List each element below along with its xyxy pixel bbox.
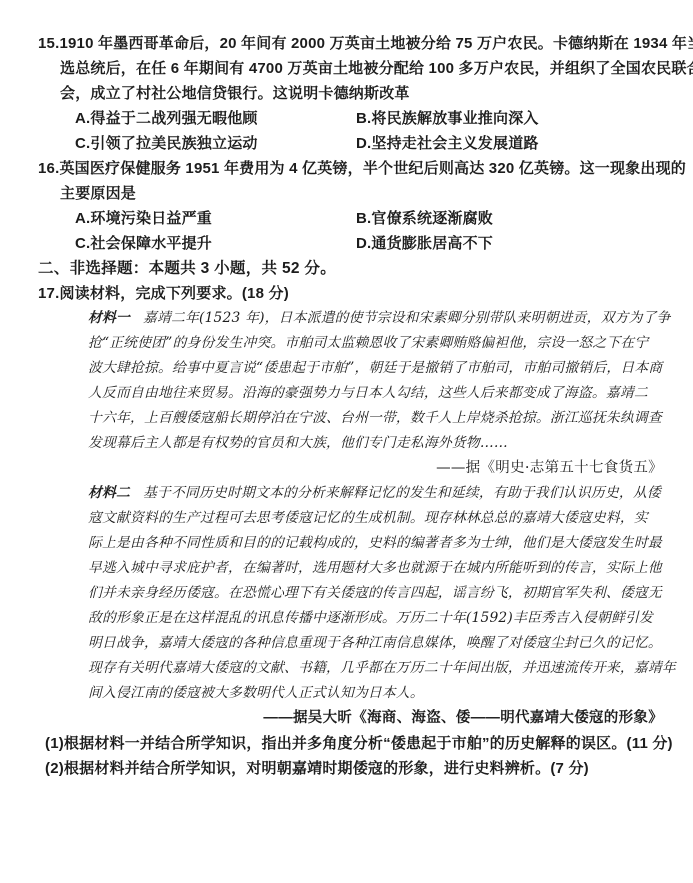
- material1-line-1: 材料一嘉靖二年(1523 年)，日本派遣的使节宗设和宋素卿分别带队来明朝进贡，双…: [88, 306, 663, 331]
- material2-line-1: 材料二基于不同历史时期文本的分析来解释记忆的发生和延续，有助于我们认识历史，从倭: [88, 481, 663, 506]
- material2-source: ——据吴大昕《海商、海盗、倭——明代嘉靖大倭寇的形象》: [38, 706, 663, 731]
- q15-stem-line-1: 15.1910 年墨西哥革命后，20 年间有 2000 万英亩土地被分给 75 …: [38, 31, 663, 56]
- q15-option-b: B.将民族解放事业推向深入: [356, 110, 539, 127]
- exam-page: 15.1910 年墨西哥革命后，20 年间有 2000 万英亩土地被分给 75 …: [0, 0, 693, 883]
- material1-line-6: 发现幕后主人都是有权势的官员和大族，他们专门走私海外货物……: [88, 431, 663, 456]
- material2-line-6: 敌的形象正是在这样混乱的讯息传播中逐渐形成。万历二十年(1592)丰臣秀吉入侵朝…: [88, 606, 663, 631]
- section-2-header: 二、非选择题：本题共 3 小题，共 52 分。: [38, 256, 663, 281]
- q15-options-row-2: C.引领了拉美民族独立运动D.坚持走社会主义发展道路: [75, 131, 663, 156]
- q16-options-row-2: C.社会保障水平提升D.通货膨胀居高不下: [75, 231, 663, 256]
- material2-line-1-text: 基于不同历史时期文本的分析来解释记忆的发生和延续，有助于我们认识历史，从倭: [143, 485, 661, 501]
- q15-options-row-1: A.得益于二战列强无暇他顾B.将民族解放事业推向深入: [75, 106, 663, 131]
- q16-stem-line-2: 主要原因是: [60, 181, 663, 206]
- material2-label: 材料二: [88, 485, 130, 501]
- material2-line-2: 寇文献资料的生产过程可去思考倭寇记忆的生成机制。现存林林总总的嘉靖大倭寇史料，实: [88, 506, 663, 531]
- q16-option-d: D.通货膨胀居高不下: [356, 235, 493, 252]
- q15-stem-line-2: 选总统后，在任 6 年期间有 4700 万英亩土地被分配给 100 多万户农民，…: [60, 56, 663, 81]
- material1-line-4: 人反而自由地往来贸易。沿海的豪强势力与日本人勾结，这些人后来都变成了海盗。嘉靖二: [88, 381, 663, 406]
- material1-line-1-text: 嘉靖二年(1523 年)，日本派遣的使节宗设和宋素卿分别带队来明朝进贡，双方为了…: [143, 310, 671, 326]
- question-16: 16.英国医疗保健服务 1951 年费用为 4 亿英镑，半个世纪后则高达 320…: [38, 156, 663, 256]
- material1-line-2: 抢“正统使团”的身份发生冲突。市舶司太监赖恩收了宋素卿贿赂偏袒他，宗设一怒之下在…: [88, 331, 663, 356]
- material2-line-8: 现存有关明代嘉靖大倭寇的文献、书籍，几乎都在万历二十年间出版，并迅速流传开来，嘉…: [88, 656, 663, 681]
- q17-header: 17.阅读材料，完成下列要求。(18 分): [38, 281, 663, 306]
- q17-subquestion-2: (2)根据材料并结合所学知识，对明朝嘉靖时期倭寇的形象，进行史料辨析。(7 分): [45, 756, 663, 781]
- material1-line-3: 波大肆抢掠。给事中夏言说“倭患起于市舶”，朝廷于是撤销了市舶司，市舶司撤销后，日…: [88, 356, 663, 381]
- material2-line-7: 明日战争，嘉靖大倭寇的各种信息重现于各种江南信息媒体，唤醒了对倭寇尘封已久的记忆…: [88, 631, 663, 656]
- q17-material-1: 材料一嘉靖二年(1523 年)，日本派遣的使节宗设和宋素卿分别带队来明朝进贡，双…: [38, 306, 663, 481]
- q17-material-2: 材料二基于不同历史时期文本的分析来解释记忆的发生和延续，有助于我们认识历史，从倭…: [38, 481, 663, 731]
- q16-options-row-1: A.环境污染日益严重B.官僚系统逐渐腐败: [75, 206, 663, 231]
- q15-option-a: A.得益于二战列强无暇他顾: [75, 106, 356, 131]
- q15-option-c: C.引领了拉美民族独立运动: [75, 131, 356, 156]
- q16-option-b: B.官僚系统逐渐腐败: [356, 210, 493, 227]
- q16-option-c: C.社会保障水平提升: [75, 231, 356, 256]
- material2-line-4: 早逃入城中寻求庇护者，在编著时，选用题材大多也就源于在城内所能听到的传言，实际上…: [88, 556, 663, 581]
- material2-line-9: 间入侵江南的倭寇被大多数明代人正式认知为日本人。: [88, 681, 663, 706]
- q17-subquestion-1: (1)根据材料一并结合所学知识，指出并多角度分析“倭患起于市舶”的历史解释的误区…: [45, 731, 663, 756]
- material1-source: ——据《明史·志第五十七食货五》: [38, 456, 663, 481]
- material1-line-5: 十六年，上百艘倭寇船长期停泊在宁波、台州一带，数千人上岸烧杀抢掠。浙江巡抚朱纨调…: [88, 406, 663, 431]
- question-15: 15.1910 年墨西哥革命后，20 年间有 2000 万英亩土地被分给 75 …: [38, 31, 663, 156]
- material2-line-3: 际上是由各种不同性质和目的的记载构成的，史料的编著者多为士绅，他们是大倭寇发生时…: [88, 531, 663, 556]
- q15-option-d: D.坚持走社会主义发展道路: [356, 135, 539, 152]
- q16-option-a: A.环境污染日益严重: [75, 206, 356, 231]
- q15-stem-line-3: 会，成立了村社公地信贷银行。这说明卡德纳斯改革: [60, 81, 663, 106]
- material2-line-5: 们并未亲身经历倭寇。在恐慌心理下有关倭寇的传言四起，谣言纷飞，初期官军失利、倭寇…: [88, 581, 663, 606]
- material1-label: 材料一: [88, 310, 130, 326]
- q16-stem-line-1: 16.英国医疗保健服务 1951 年费用为 4 亿英镑，半个世纪后则高达 320…: [38, 156, 663, 181]
- question-17: 17.阅读材料，完成下列要求。(18 分) 材料一嘉靖二年(1523 年)，日本…: [38, 281, 663, 781]
